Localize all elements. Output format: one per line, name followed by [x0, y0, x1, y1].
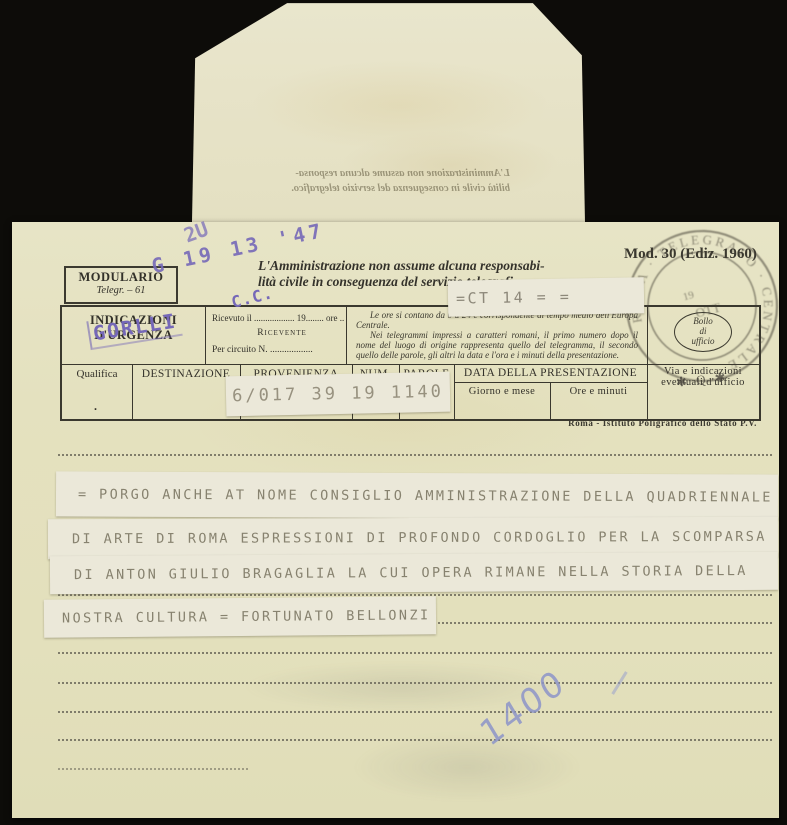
bleed-through-text: L'Amministrazione non assume alcuna resp…	[220, 166, 510, 196]
message-strip-1: = PORGO ANCHE AT NOME CONSIGLIO AMMINIST…	[56, 471, 778, 519]
routing-numbers: 6/017 39 19 1140	[232, 382, 444, 406]
ricevente-label: Ricevente	[232, 328, 332, 338]
message-line-3: DI ANTON GIULIO BRAGAGLIA LA CUI OPERA R…	[74, 552, 748, 594]
message-line-4: NOSTRA CULTURA = FORTUNATO BELLONZI	[62, 596, 431, 637]
postmark-month: OTT	[694, 300, 722, 321]
ruled-line	[58, 652, 772, 654]
hours-note: Le ore si contano da 0 a 24 e corrispond…	[356, 310, 638, 360]
message-strip-3: DI ANTON GIULIO BRAGAGLIA LA CUI OPERA R…	[50, 552, 778, 594]
postmark-day: 19	[682, 289, 696, 304]
ghost-line-2: bilità civile in conseguenza del servizi…	[220, 181, 510, 196]
hours-note-p2: Nei telegrammi impressi a caratteri roma…	[356, 330, 638, 360]
printer-imprint: Roma - Istituto Poligrafico dello Stato …	[568, 418, 757, 428]
table-line	[205, 307, 206, 364]
message-line-1: = PORGO ANCHE AT NOME CONSIGLIO AMMINIST…	[78, 472, 773, 522]
col-data-presentazione: DATA DELLA PRESENTAZIONE	[454, 367, 647, 379]
table-line	[346, 307, 347, 364]
ruled-line	[58, 454, 772, 456]
modulario-subtitle: Telegr. – 61	[66, 285, 176, 296]
qualifica-mark: .	[94, 399, 97, 414]
bleed-smudge	[352, 732, 582, 802]
telegram-sheet: 2U G 19 13 '47 MODULARIO Telegr. – 61 L'…	[12, 222, 779, 818]
col-giorno-mese: Giorno e mese	[454, 386, 550, 397]
col-destinazione: DESTINAZIONE	[132, 368, 240, 380]
circuito-line: Per circuito N. ..................	[212, 345, 313, 355]
ghost-line-1: L'Amministrazione non assume alcuna resp…	[220, 166, 510, 181]
col-qualifica: Qualifica	[62, 368, 132, 380]
telegram-scan: L'Amministrazione non assume alcuna resp…	[0, 0, 787, 825]
ct-code: =CT 14 = =	[456, 279, 572, 317]
ruled-line	[58, 768, 248, 770]
message-strip-4: NOSTRA CULTURA = FORTUNATO BELLONZI	[44, 596, 436, 637]
envelope-flap: L'Amministrazione non assume alcuna resp…	[190, 0, 585, 223]
pasted-strip-ct: =CT 14 = =	[448, 277, 645, 316]
pasted-strip-numbers: 6/017 39 19 1140	[226, 372, 451, 417]
ricevuto-line: Ricevuto il .................. 19.......…	[212, 313, 344, 323]
